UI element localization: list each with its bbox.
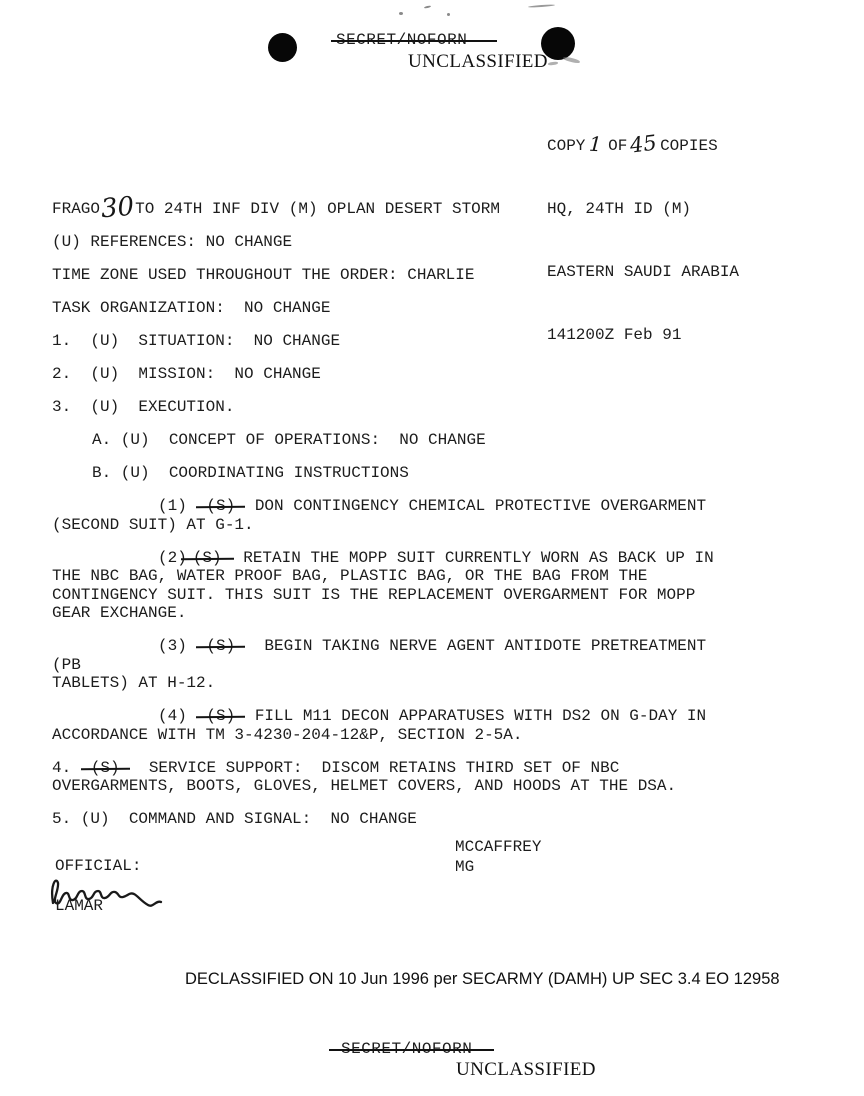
handwritten-frago-number: 30 xyxy=(101,202,135,215)
footer-unclassified-stamp: UNCLASSIFIED xyxy=(456,1059,596,1081)
declassification-notice: DECLASSIFIED ON 10 Jun 1996 per SECARMY … xyxy=(185,970,780,989)
struck-classification-mark: (S) xyxy=(196,707,245,726)
paragraph-3a-concept: A. (U) CONCEPT OF OPERATIONS: NO CHANGE xyxy=(52,431,742,450)
paragraph-5-command-signal: 5. (U) COMMAND AND SIGNAL: NO CHANGE xyxy=(52,810,742,829)
subparagraph-3-text: BEGIN TAKING NERVE AGENT ANTIDOTE PRETRE… xyxy=(52,637,716,692)
references-line: (U) REFERENCES: NO CHANGE xyxy=(52,233,742,252)
scan-noise-mark xyxy=(399,12,403,15)
struck-classification-mark: (S) xyxy=(196,497,245,516)
paragraph-2-mission: 2. (U) MISSION: NO CHANGE xyxy=(52,365,742,384)
header-classification-text: SECRET/NOFORN xyxy=(336,31,467,49)
of-label: OF xyxy=(608,137,627,155)
subparagraph-4-number: (4) xyxy=(158,707,196,725)
scan-noise-mark xyxy=(528,4,555,8)
ink-smudge xyxy=(548,61,558,65)
footer-classification-text: SECRET/NOFORN xyxy=(341,1040,472,1058)
official-name: LAMAR xyxy=(55,897,103,915)
document-page: SECRET/NOFORN UNCLASSIFIED COPY1OF45COPI… xyxy=(0,0,864,1096)
order-body: FRAGO30TO 24TH INF DIV (M) OPLAN DESERT … xyxy=(52,200,742,877)
handwritten-copy-number: 1 xyxy=(589,134,603,156)
scan-noise-mark xyxy=(447,13,450,16)
hole-punch-icon xyxy=(268,33,297,62)
frago-title-rest: TO 24TH INF DIV (M) OPLAN DESERT STORM xyxy=(135,200,500,218)
header-classification-struck: SECRET/NOFORN xyxy=(336,31,467,49)
paragraph-4-text: SERVICE SUPPORT: DISCOM RETAINS THIRD SE… xyxy=(52,759,676,796)
paragraph-1-situation: 1. (U) SITUATION: NO CHANGE xyxy=(52,332,742,351)
paragraph-3b-coordinating: B. (U) COORDINATING INSTRUCTIONS xyxy=(52,464,742,483)
commander-rank: MG xyxy=(455,857,742,877)
scan-noise-mark xyxy=(424,5,431,8)
time-zone-line: TIME ZONE USED THROUGHOUT THE ORDER: CHA… xyxy=(52,266,742,285)
paragraph-4-service-support: 4. (S) SERVICE SUPPORT: DISCOM RETAINS T… xyxy=(52,759,742,796)
handwritten-copies-count: 45 xyxy=(629,132,658,156)
footer-classification-struck: SECRET/NOFORN xyxy=(341,1040,472,1058)
struck-classification-mark: (S) xyxy=(187,549,234,568)
frago-label: FRAGO xyxy=(52,200,100,218)
subparagraph-3-number: (3) xyxy=(158,637,196,655)
paragraph-4-number: 4. xyxy=(52,759,81,777)
frago-title-line: FRAGO30TO 24TH INF DIV (M) OPLAN DESERT … xyxy=(52,200,742,219)
copies-label: COPIES xyxy=(660,137,718,155)
subparagraph-2-text: RETAIN THE MOPP SUIT CURRENTLY WORN AS B… xyxy=(52,549,714,623)
ink-smudge xyxy=(563,56,580,64)
subparagraph-1-number: (1) xyxy=(158,497,196,515)
subparagraph-2: (2)(S) RETAIN THE MOPP SUIT CURRENTLY WO… xyxy=(52,549,742,623)
paragraph-3-execution: 3. (U) EXECUTION. xyxy=(52,398,742,417)
subparagraph-3: (3) (S) BEGIN TAKING NERVE AGENT ANTIDOT… xyxy=(52,637,742,693)
task-organization-line: TASK ORGANIZATION: NO CHANGE xyxy=(52,299,742,318)
subparagraph-1: (1) (S) DON CONTINGENCY CHEMICAL PROTECT… xyxy=(52,497,742,534)
subparagraph-4: (4) (S) FILL M11 DECON APPARATUSES WITH … xyxy=(52,707,742,744)
copy-line: COPY1OF45COPIES xyxy=(547,133,739,157)
subparagraph-1-text: DON CONTINGENCY CHEMICAL PROTECTIVE OVER… xyxy=(52,497,706,534)
subparagraph-4-text: FILL M11 DECON APPARATUSES WITH DS2 ON G… xyxy=(52,707,706,744)
struck-classification-mark: (S) xyxy=(196,637,245,656)
header-unclassified-stamp: UNCLASSIFIED xyxy=(408,51,548,73)
commander-name: MCCAFFREY xyxy=(455,837,742,857)
copy-label: COPY xyxy=(547,137,585,155)
struck-classification-mark: (S) xyxy=(81,759,130,778)
